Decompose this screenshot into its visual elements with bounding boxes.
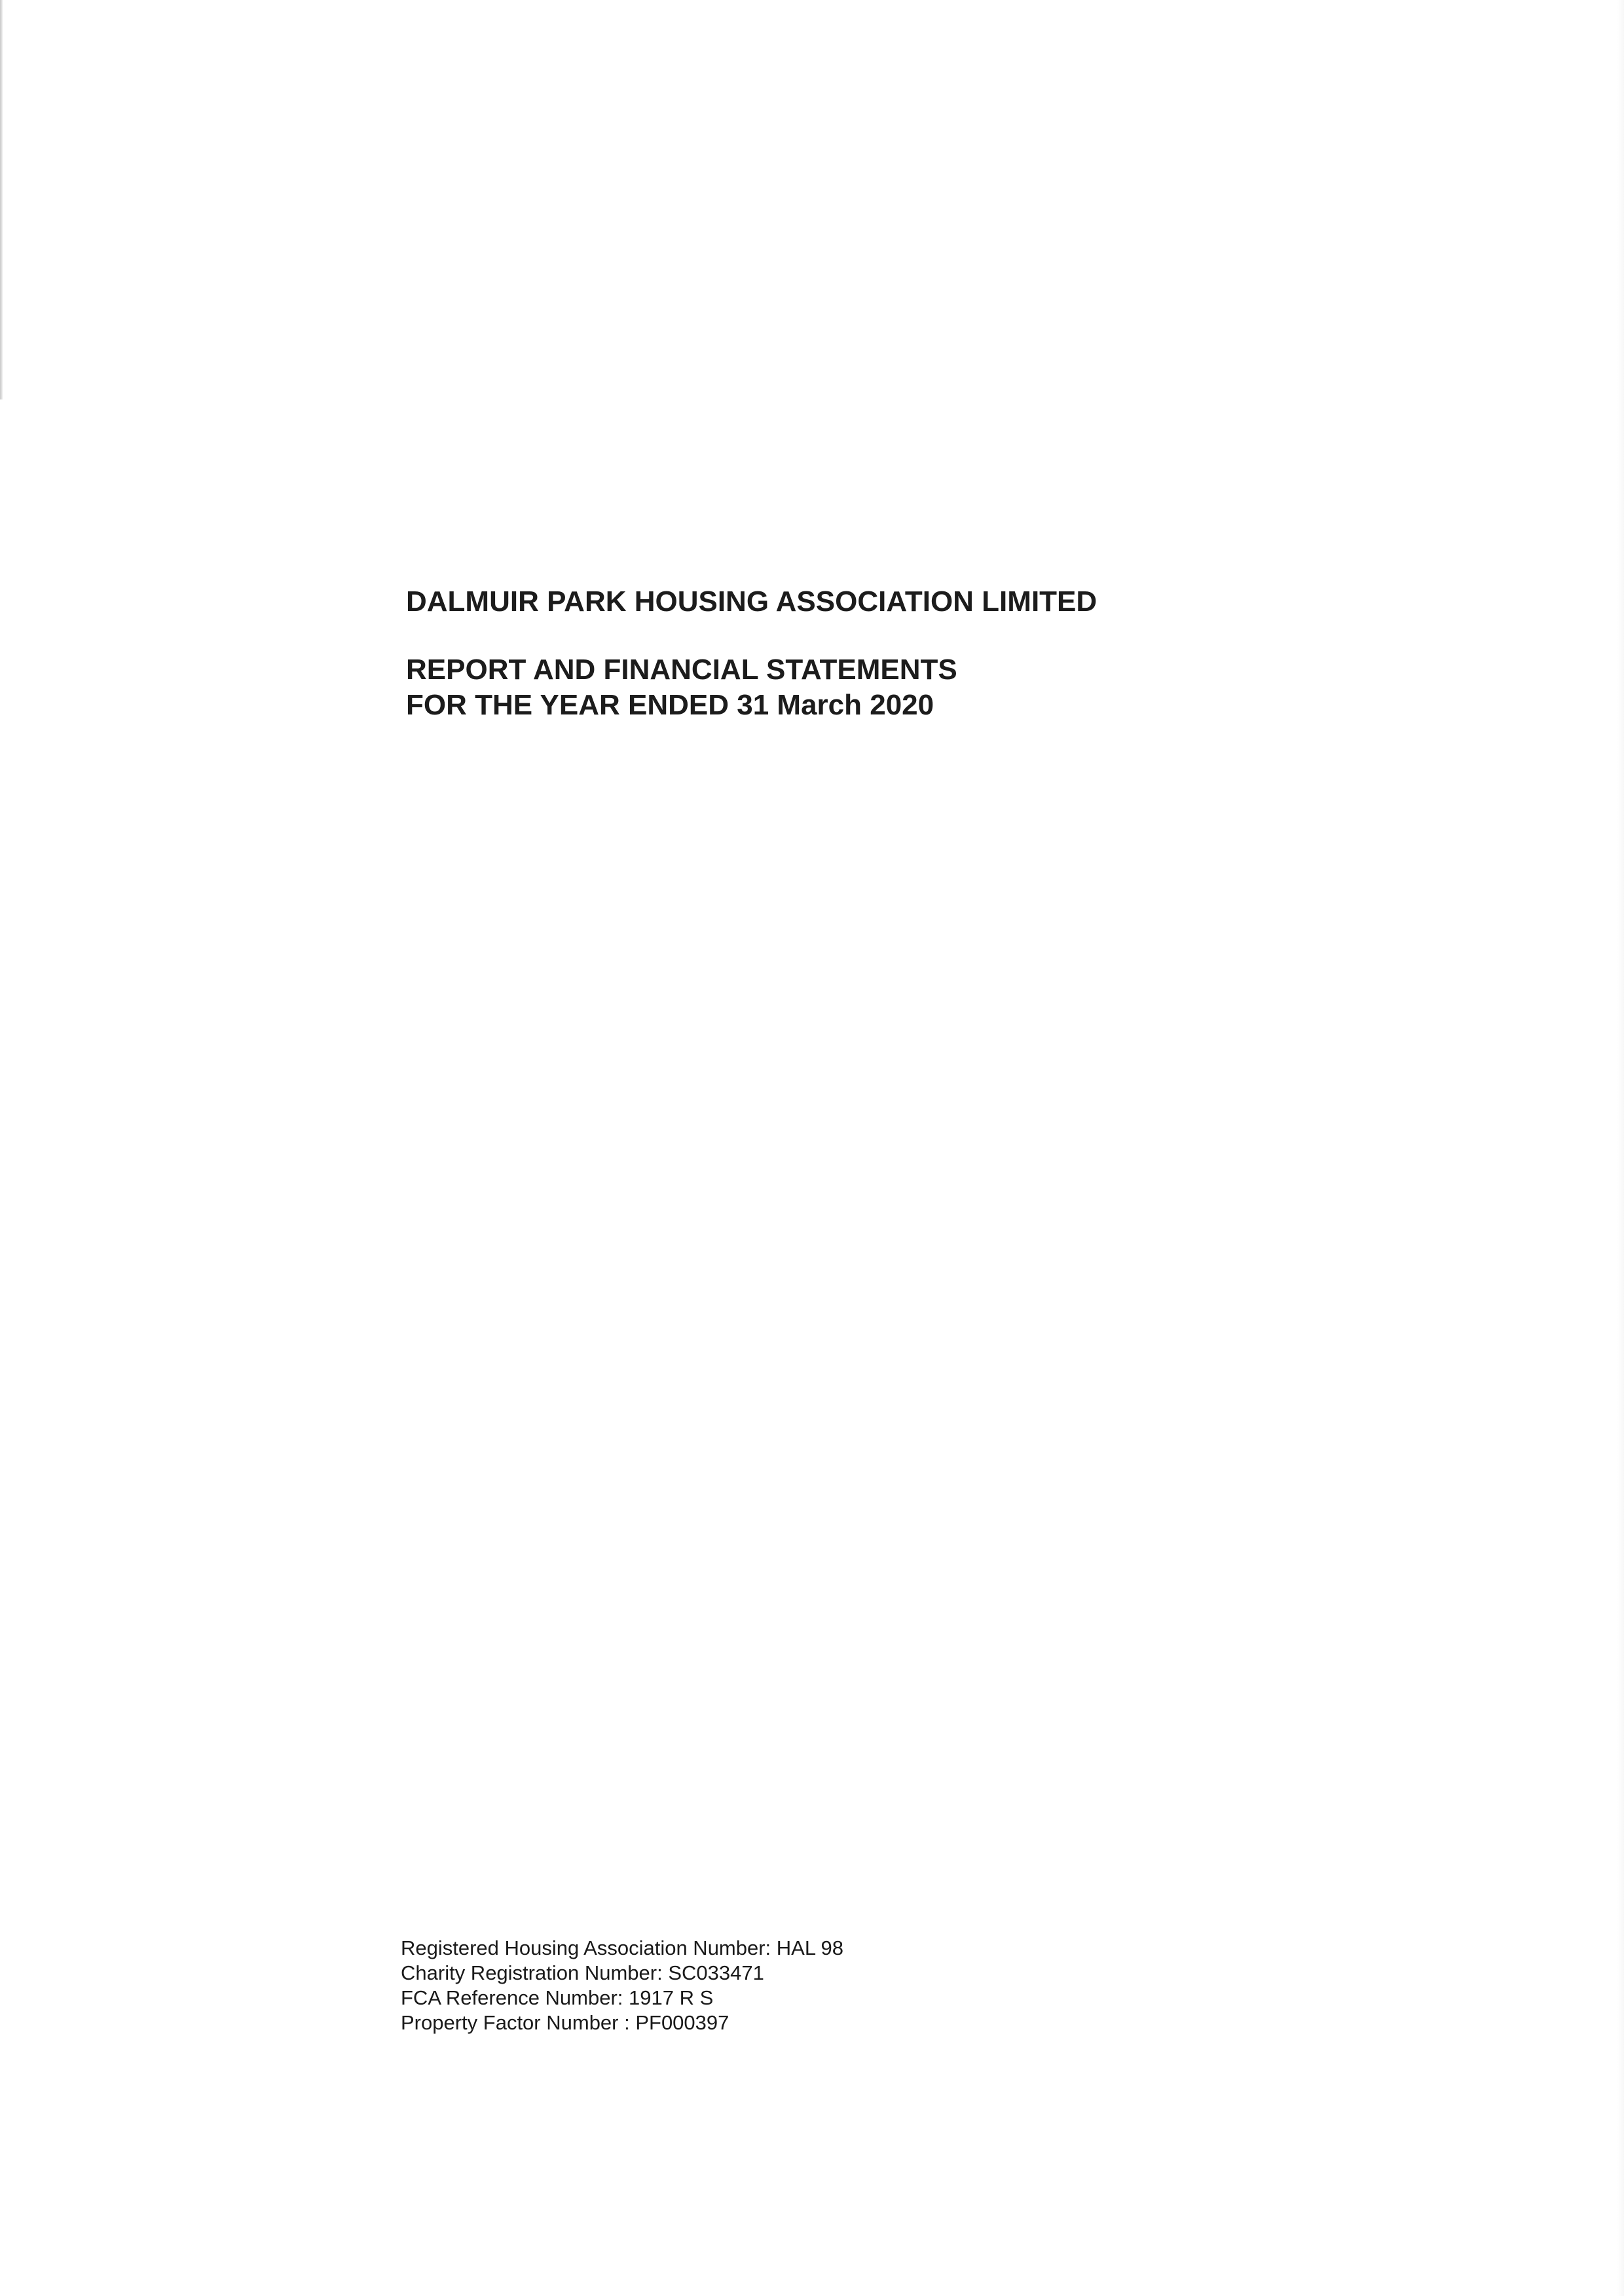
report-period: FOR THE YEAR ENDED 31 March 2020 [406,688,1097,723]
housing-association-number: Registered Housing Association Number: H… [401,1936,843,1961]
cover-title-block: DALMUIR PARK HOUSING ASSOCIATION LIMITED… [406,584,1097,723]
scan-edge-right [1617,0,1624,2296]
report-title: REPORT AND FINANCIAL STATEMENTS [406,652,1097,688]
registration-details: Registered Housing Association Number: H… [401,1936,843,2035]
charity-registration-number: Charity Registration Number: SC033471 [401,1961,843,1986]
fca-reference-number: FCA Reference Number: 1917 R S [401,1986,843,2010]
scan-edge-left [0,0,3,399]
property-factor-number: Property Factor Number : PF000397 [401,2010,843,2035]
organisation-name: DALMUIR PARK HOUSING ASSOCIATION LIMITED [406,584,1097,620]
